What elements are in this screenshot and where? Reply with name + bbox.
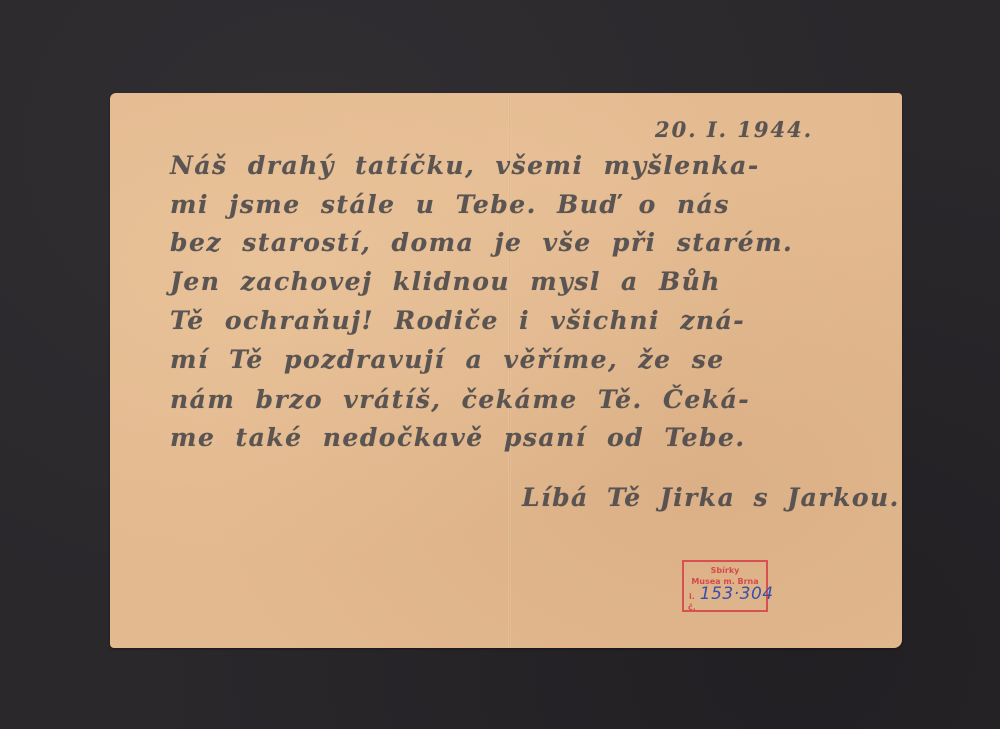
letter-line-8: me také nedočkavě psaní od Tebe. — [170, 423, 746, 452]
museum-collection-stamp: Sbírky Musea m. Brna i. č. 153·304 — [682, 560, 768, 612]
stamp-inventory: i. č. 153·304 — [684, 589, 766, 613]
letter-line-1: Náš drahý tatíčku, všemi myšlenka- — [170, 151, 760, 180]
stamp-line-collections: Sbírky — [684, 565, 766, 576]
letter-date: 20. I. 1944. — [655, 117, 813, 142]
letter-line-3: bez starostí, doma je vše při starém. — [170, 228, 793, 257]
letter-line-6: mí Tě pozdravují a věříme, že se — [170, 345, 725, 374]
letter-line-4: Jen zachovej klidnou mysl a Bůh — [170, 267, 721, 296]
postcard: 20. I. 1944. Náš drahý tatíčku, všemi my… — [110, 93, 902, 648]
stamp-inventory-label: i. č. — [688, 591, 696, 613]
letter-line-5: Tě ochraňuj! Rodiče i všichni zná- — [170, 306, 745, 335]
letter-line-2: mi jsme stále u Tebe. Buď o nás — [170, 190, 730, 219]
letter-signature: Líbá Tě Jirka s Jarkou. — [522, 483, 900, 512]
letter-line-7: nám brzo vrátíš, čekáme Tě. Čeká- — [170, 385, 750, 414]
stamp-inventory-number: 153·304 — [700, 589, 774, 600]
